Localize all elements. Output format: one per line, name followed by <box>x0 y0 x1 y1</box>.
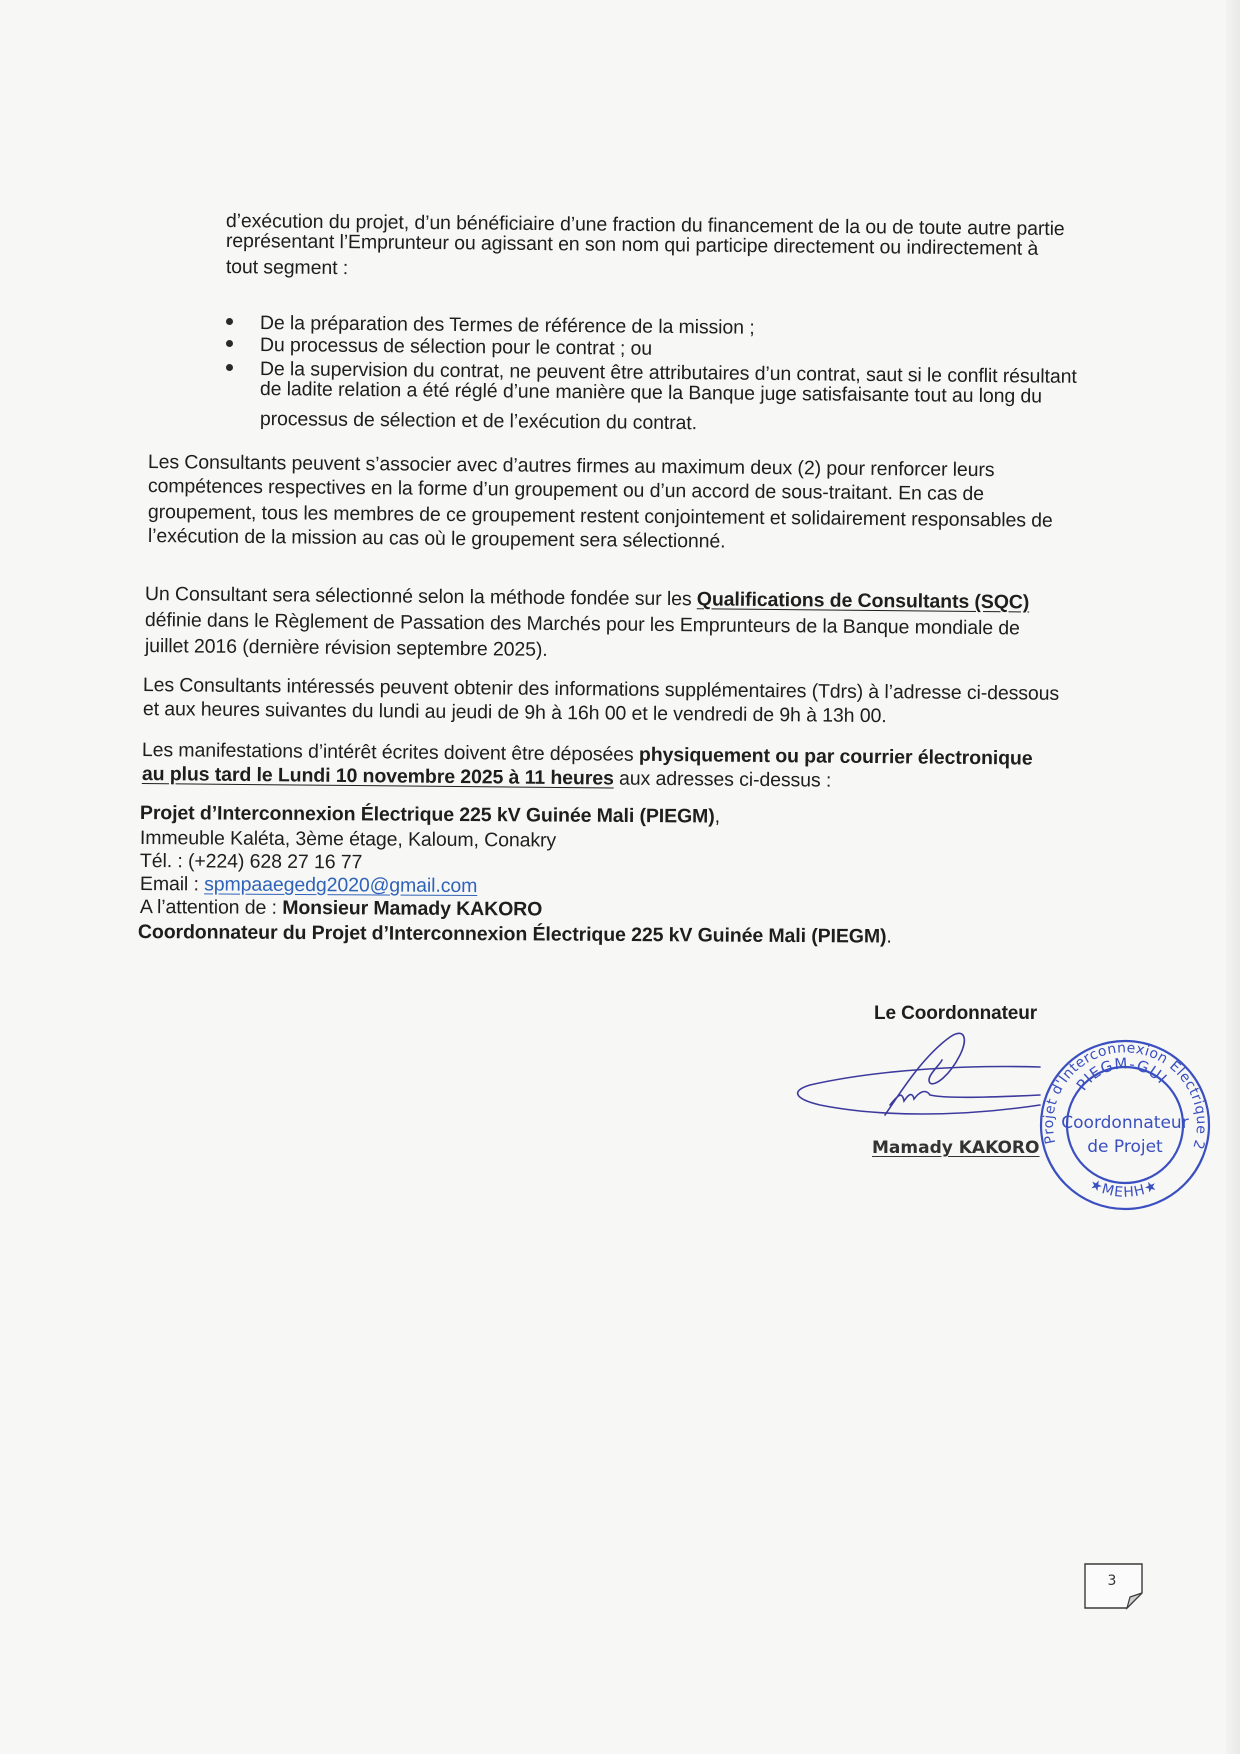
address-phone: Tél. : (+224) 628 27 16 77 <box>140 852 362 871</box>
groupement-line-4: l’exécution de la mission au cas où le g… <box>148 527 726 551</box>
page-number: 3 <box>1108 1573 1117 1589</box>
official-stamp-icon: Projet d'Interconnexion Electrique 225 K… <box>1035 1030 1215 1220</box>
bullet-item-3-line-2: de ladite relation a été réglé d’une man… <box>260 380 1042 406</box>
selection-line-3: juillet 2016 (dernière révision septembr… <box>145 637 548 659</box>
info-line-2: et aux heures suivantes du lundi au jeud… <box>143 700 887 725</box>
bullet-dot <box>226 364 233 371</box>
bullet-item-3-line-3: processus de sélection et de l’exécution… <box>260 410 697 432</box>
bullet-dot <box>226 340 233 347</box>
groupement-line-2: compétences respectives en la forme d’un… <box>148 477 984 503</box>
svg-text:Coordonnateur: Coordonnateur <box>1061 1113 1188 1133</box>
intro-line-2: représentant l’Emprunteur ou agissant en… <box>226 232 1038 258</box>
submission-method: physiquement ou par courrier électroniqu… <box>639 744 1033 770</box>
svg-text:★MEHH★: ★MEHH★ <box>1087 1176 1161 1201</box>
signatory-name: Mamady KAKORO <box>872 1138 1039 1158</box>
sqc-method-emphasis: Qualifications de Consultants (SQC) <box>697 588 1030 613</box>
deadline-date: au plus tard le Lundi 10 novembre 2025 à… <box>142 763 614 790</box>
handwritten-signature-icon <box>790 1025 1050 1155</box>
address-email: Email : spmpaaegedg2020@gmail.com <box>140 875 477 895</box>
title-suffix: . <box>886 926 891 948</box>
address-org: Projet d’Interconnexion Électrique 225 k… <box>140 804 720 826</box>
signature-role: Le Coordonnateur <box>874 1005 1037 1023</box>
groupement-line-1: Les Consultants peuvent s’associer avec … <box>148 453 995 479</box>
address-building: Immeuble Kaléta, 3ème étage, Kaloum, Con… <box>140 829 556 850</box>
bullet-dot <box>226 318 233 325</box>
org-name: Projet d’Interconnexion Électrique 225 k… <box>140 802 715 828</box>
deadline-line-2: au plus tard le Lundi 10 novembre 2025 à… <box>142 765 832 790</box>
svg-text:de Projet: de Projet <box>1087 1137 1163 1157</box>
selection-line-2: définie dans le Règlement de Passation d… <box>145 611 1020 637</box>
page-number-box: 3 <box>1082 1561 1152 1611</box>
bullet-item-2: Du processus de sélection pour le contra… <box>260 336 652 358</box>
address-attention: A l’attention de : Monsieur Mamady KAKOR… <box>140 898 542 918</box>
deadline-line-1-text: Les manifestations d’intérêt écrites doi… <box>142 739 639 766</box>
selection-line-1: Un Consultant sera sélectionné selon la … <box>145 585 1029 611</box>
email-link[interactable]: spmpaaegedg2020@gmail.com <box>204 873 477 897</box>
email-label: Email : <box>140 873 204 895</box>
deadline-line-2-text: aux adresses ci-dessus : <box>614 768 832 792</box>
page-edge-shadow <box>1226 0 1240 1754</box>
address-title: Coordonnateur du Projet d’Interconnexion… <box>138 923 892 946</box>
coordinator-title: Coordonnateur du Projet d’Interconnexion… <box>138 921 887 948</box>
bullet-item-1: De la préparation des Termes de référenc… <box>260 314 755 337</box>
selection-line-1-text: Un Consultant sera sélectionné selon la … <box>145 583 697 610</box>
org-suffix: , <box>715 806 720 828</box>
intro-line-3: tout segment : <box>226 258 348 277</box>
attention-name: Monsieur Mamady KAKORO <box>282 897 542 921</box>
attention-label: A l’attention de : <box>140 896 282 919</box>
